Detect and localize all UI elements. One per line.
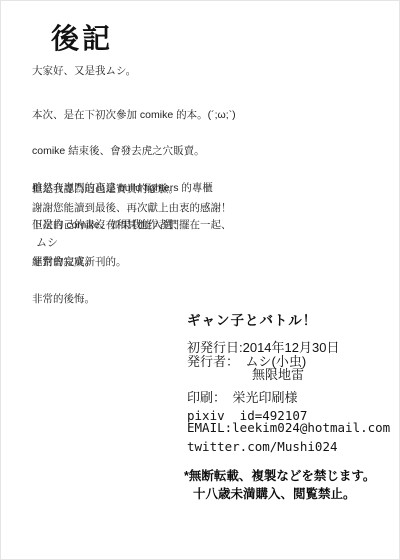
- afterword-line: 非常的後悔。: [32, 293, 236, 305]
- author-signature: ムシ: [36, 234, 58, 250]
- circle-line: 無限地雷: [187, 364, 304, 383]
- notice-age-restriction: 十八歳未満購入、閲覧禁止。: [193, 484, 356, 502]
- afterword-line: 下次的 comike、如果我能入選、: [32, 219, 184, 231]
- twitter-line: twitter.com/Mushi024: [187, 439, 338, 454]
- afterword-page: 後記 大家好、又是我ムシ。 本次、是在下初次參加 comike 的本。(´;ω;…: [0, 0, 400, 560]
- page-title: 後記: [51, 17, 113, 57]
- printer-line: 印刷： 栄光印刷様: [187, 387, 298, 406]
- email-line: EMAIL:leekim024@hotmail.com: [187, 420, 390, 435]
- notice-no-reproduction: *無断転載、複製などを禁じます。: [184, 466, 375, 484]
- afterword-line: 本次、是在下初次參加 comike 的本。(´;ω;`): [32, 109, 236, 121]
- afterword-paragraph-2: 但是我認為這也是寶貴的經驗。 下次的 comike、如果我能入選、 絕對會完成新…: [32, 158, 184, 293]
- afterword-line: 但是我認為這也是寶貴的經驗。: [32, 183, 184, 195]
- book-title: ギャン子とバトル！: [187, 309, 317, 329]
- afterword-line: 絕對會完成新刊的。: [32, 256, 184, 268]
- thanks-line: 謝謝您能讀到最後、再次獻上由衷的感謝！: [32, 202, 232, 214]
- afterword-line: comike 結束後、會發去虎之穴販賣。: [32, 145, 236, 157]
- greeting-line: 大家好、又是我ムシ。: [32, 65, 136, 77]
